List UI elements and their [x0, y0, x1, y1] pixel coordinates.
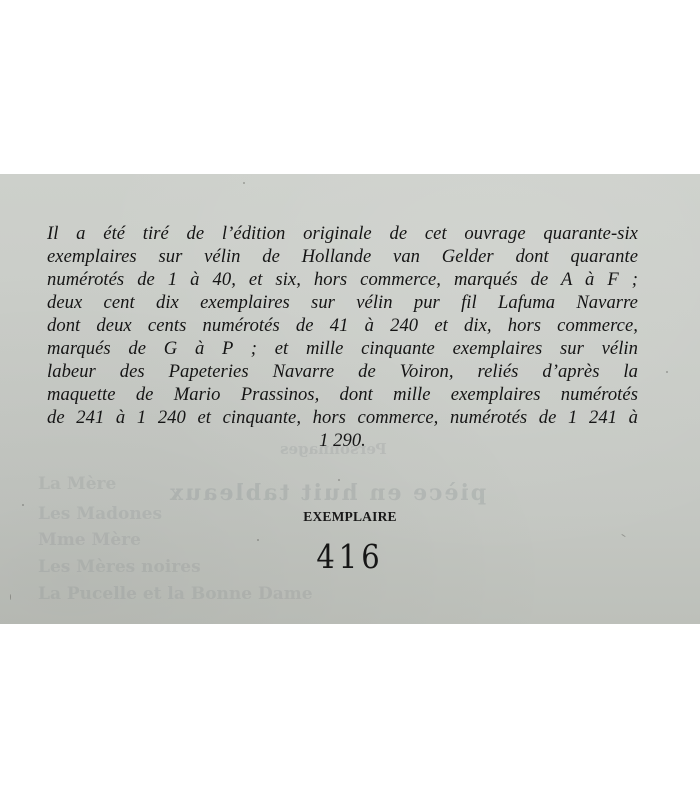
colophon-line: dont deux cents numérotés de 41 à 240 et… [47, 314, 638, 337]
show-through-list-item: La Mère [38, 474, 116, 494]
copy-number: 416 [0, 538, 700, 576]
paper-speck [338, 479, 340, 481]
paper-speck [10, 594, 11, 600]
paper-speck [22, 504, 24, 506]
copy-label: EXEMPLAIRE [0, 509, 700, 525]
colophon-line: de 241 à 1 240 et cinquante, hors commer… [47, 406, 638, 429]
colophon-line: 1 290. [47, 429, 638, 452]
show-through-subtitle: pièce en huit tableaux [168, 480, 486, 506]
book-page: Personnages pièce en huit tableaux La Mè… [0, 174, 700, 624]
colophon-line: numérotés de 1 à 40, et six, hors commer… [47, 268, 638, 291]
colophon-line: maquette de Mario Prassinos, dont mille … [47, 383, 638, 406]
paper-speck [666, 371, 668, 373]
paper-speck [257, 539, 259, 541]
colophon-line: marqués de G à P ; et mille cinquante ex… [47, 337, 638, 360]
colophon-line: exemplaires sur vélin de Hollande van Ge… [47, 245, 638, 268]
paper-speck [621, 534, 626, 538]
photo-frame: Personnages pièce en huit tableaux La Mè… [0, 0, 700, 800]
colophon-paragraph: Il a été tiré de l’édition originale de … [47, 222, 638, 452]
colophon-line: Il a été tiré de l’édition originale de … [47, 222, 638, 245]
colophon-line: deux cent dix exemplaires sur vélin pur … [47, 291, 638, 314]
paper-speck [243, 182, 245, 184]
colophon-line: labeur des Papeteries Navarre de Voiron,… [47, 360, 638, 383]
show-through-list-item: La Pucelle et la Bonne Dame [38, 584, 313, 604]
